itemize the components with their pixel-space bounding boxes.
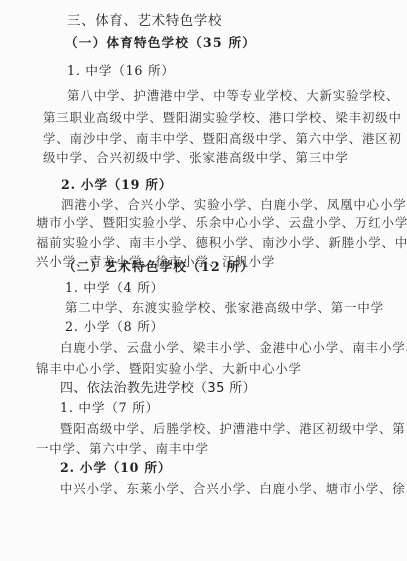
sports-primary-heading: 2. 小学（19 所） (61, 177, 172, 193)
sports-middle-line: 学、南沙中学、南丰中学、暨阳高级中学、第六中学、港区初 (43, 131, 402, 147)
section-3-heading: 三、体育、艺术特色学校 (67, 13, 222, 29)
sports-primary-line: 泗港小学、合兴小学、实验小学、白鹿小学、凤凰中心小学、 (61, 197, 407, 213)
sports-middle-line: 级中学、合兴初级中学、张家港高级中学、第三中学 (43, 150, 349, 166)
law-primary-heading: 2. 小学（10 所） (60, 460, 171, 476)
sports-primary-line: 塘市小学、暨阳实验小学、乐余中心小学、云盘小学、万红小学、 (36, 215, 407, 231)
sports-primary-line: 福前实验小学、南丰小学、德积小学、南沙小学、新塍小学、中 (36, 235, 407, 251)
law-middle-line: 暨阳高级中学、后塍学校、护漕港中学、港区初级中学、第 (60, 421, 406, 437)
sports-middle-line: 第八中学、护漕港中学、中等专业学校、大新实验学校、 (67, 88, 399, 104)
arts-middle-heading: 1. 中学（4 所） (65, 280, 164, 296)
sports-middle-line: 第三职业高级中学、暨阳湖实验学校、港口学校、梁丰初级中 (43, 110, 402, 126)
arts-schools-heading: （二）艺术特色学校（12 所） (63, 259, 254, 275)
arts-primary-line: 白鹿小学、云盘小学、梁丰小学、金港中心小学、南丰小学、 (60, 340, 407, 356)
law-middle-line: 一中学、第六中学、南丰中学 (36, 441, 209, 457)
section-4-heading: 四、依法治教先进学校（35 所） (60, 381, 256, 397)
arts-primary-line: 锦丰中心小学、暨阳实验小学、大新中心小学 (36, 361, 302, 377)
arts-middle-line: 第二中学、东渡实验学校、张家港高级中学、第一中学 (65, 300, 384, 316)
arts-primary-heading: 2. 小学（8 所） (65, 319, 164, 335)
law-middle-heading: 1. 中学（7 所） (60, 400, 159, 416)
law-primary-line: 中兴小学、东莱小学、合兴小学、白鹿小学、塘市小学、徐 (60, 481, 406, 497)
sports-middle-heading: 1. 中学（16 所） (67, 63, 175, 79)
sports-schools-heading: （一）体育特色学校（35 所） (65, 35, 256, 51)
